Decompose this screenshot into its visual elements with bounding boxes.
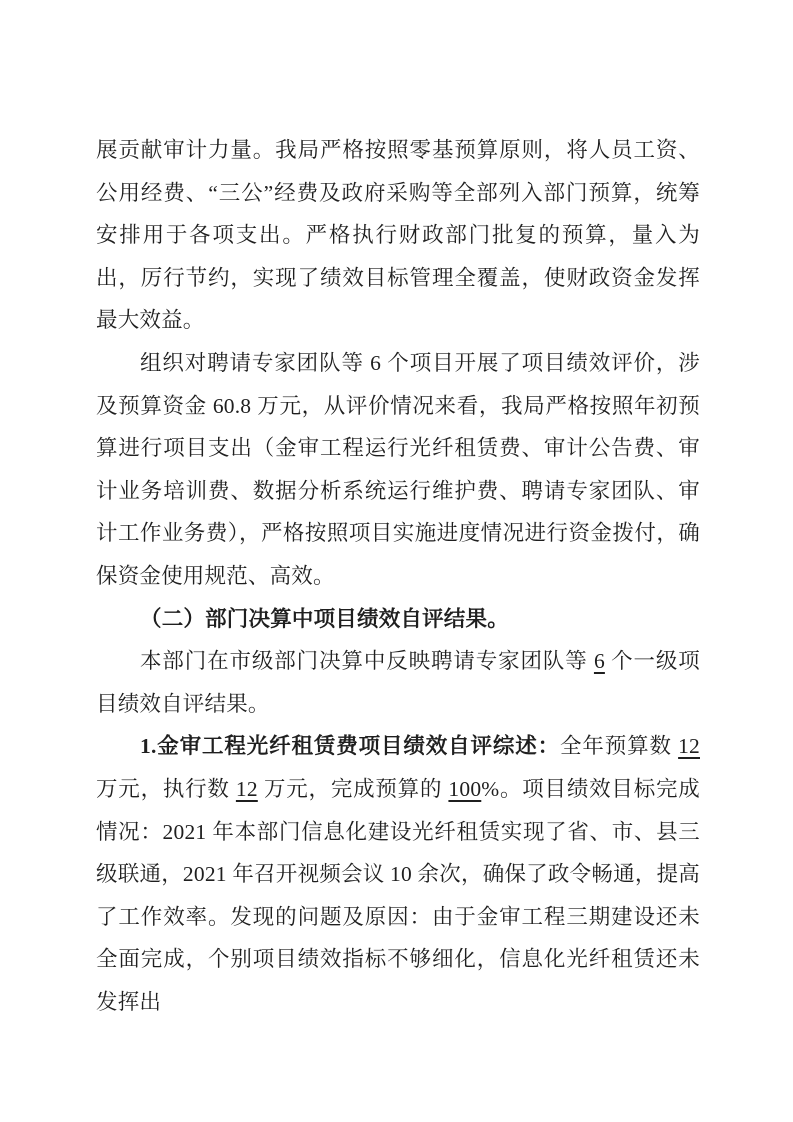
paragraph-p2-project-evaluation: 组织对聘请专家团队等 6 个项目开展了项目绩效评价，涉及预算资金 60.8 万元… <box>96 342 700 598</box>
heading-run: 1.金审工程光纤租赁费项目绩效自评综述： <box>140 734 560 758</box>
underlined-value: 100 <box>448 777 481 801</box>
paragraph-p3-section-heading: （二）部门决算中项目绩效自评结果。 <box>96 598 700 641</box>
text-run: 组织对聘请专家团队等 6 个项目开展了项目绩效评价，涉及预算资金 60.8 万元… <box>96 351 700 588</box>
document-page: 展贡献审计力量。我局严格按照零基预算原则，将人员工资、公用经费、“三公”经费及政… <box>0 0 793 1122</box>
underlined-value: 6 <box>594 649 605 673</box>
paragraph-p1-budget-principles: 展贡献审计力量。我局严格按照零基预算原则，将人员工资、公用经费、“三公”经费及政… <box>96 129 700 342</box>
heading-run: （二）部门决算中项目绩效自评结果。 <box>140 607 509 631</box>
underlined-value: 12 <box>236 777 258 801</box>
text-run: 全年预算数 <box>560 734 678 758</box>
paragraph-p4-self-evaluation-count: 本部门在市级部门决算中反映聘请专家团队等 6 个一级项目绩效自评结果。 <box>96 640 700 725</box>
text-run: 展贡献审计力量。我局严格按照零基预算原则，将人员工资、公用经费、“三公”经费及政… <box>96 138 700 332</box>
text-run: %。项目绩效目标完成情况：2021 年本部门信息化建设光纤租赁实现了省、市、县三… <box>96 777 700 1014</box>
paragraph-p5-fiber-lease-project: 1.金审工程光纤租赁费项目绩效自评综述：全年预算数 12 万元，执行数 12 万… <box>96 725 700 1023</box>
document-text-block: 展贡献审计力量。我局严格按照零基预算原则，将人员工资、公用经费、“三公”经费及政… <box>96 129 700 1023</box>
text-run: 万元，执行数 <box>96 777 236 801</box>
text-run: 本部门在市级部门决算中反映聘请专家团队等 <box>140 649 594 673</box>
text-run: 万元，完成预算的 <box>258 777 449 801</box>
underlined-value: 12 <box>678 734 700 758</box>
